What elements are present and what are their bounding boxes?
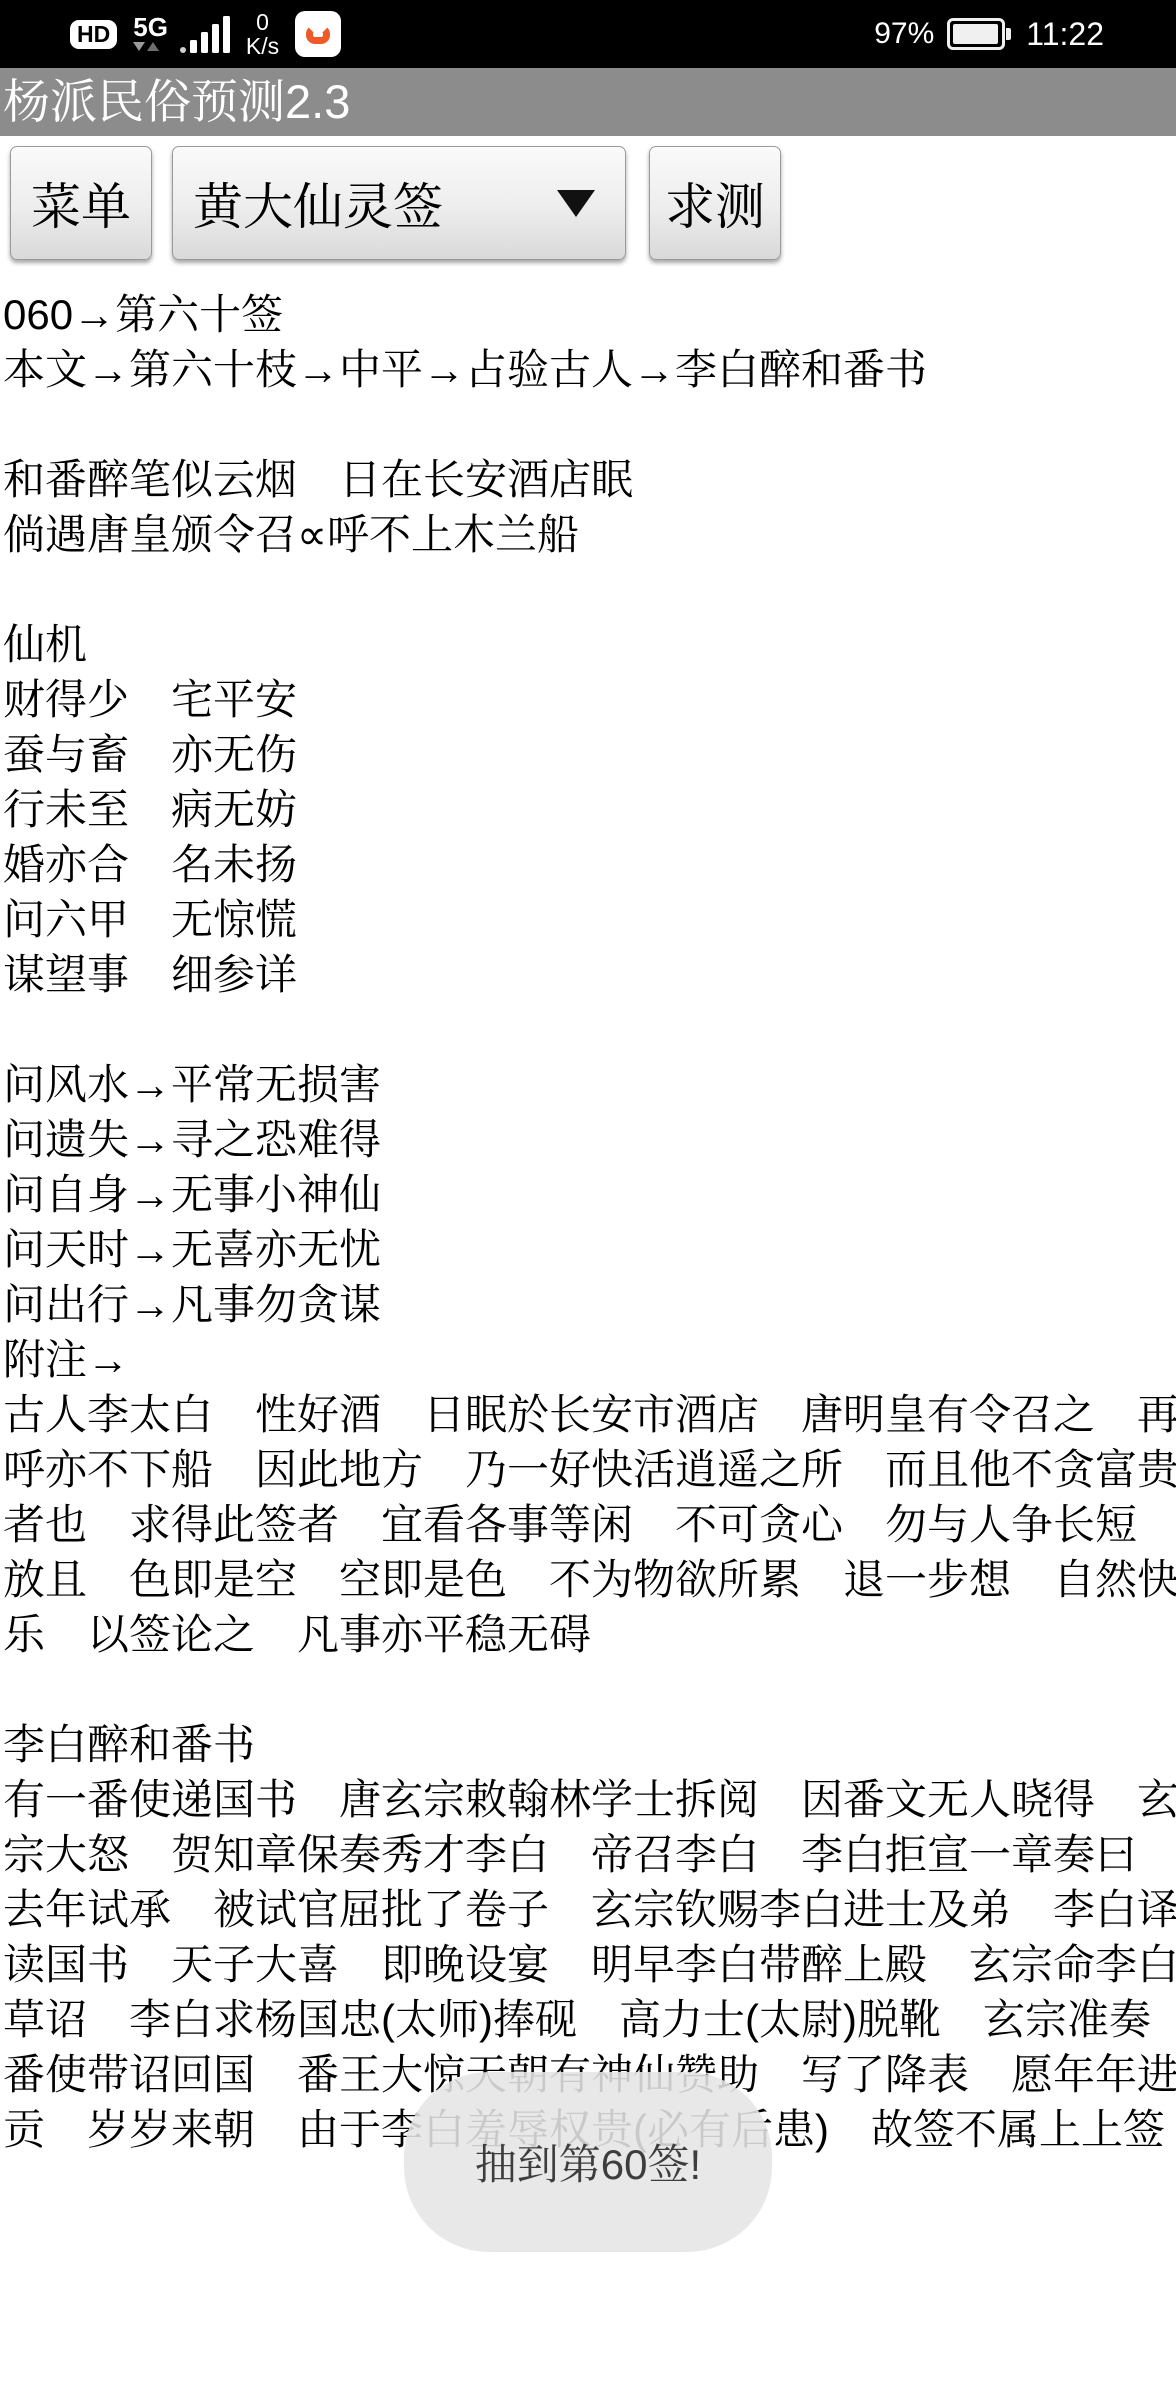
content-line	[3, 1662, 1176, 1717]
content-line: 附注→	[3, 1332, 1176, 1387]
status-time: 11:22	[1026, 16, 1104, 53]
category-spinner[interactable]: 黄大仙灵签	[172, 146, 626, 260]
battery-percent: 97%	[874, 17, 934, 51]
content-line: 有一番使递国书 唐玄宗敕翰林学士拆阅 因番文无人晓得 玄	[3, 1772, 1176, 1827]
content-line: 古人李太白 性好酒 日眠於长安市酒店 唐明皇有令召之 再	[3, 1387, 1176, 1442]
content-line: 行未至 病无妨	[3, 782, 1176, 837]
status-bar: HD 5G 0 K/s 97% 11:22	[0, 0, 1176, 68]
status-right-group: 97% 11:22	[874, 16, 1104, 53]
hd-voice-icon: HD	[70, 20, 117, 49]
content-line: 060→第六十签	[3, 287, 1176, 342]
orange-arc-icon	[306, 25, 330, 44]
content-line: 问风水→平常无损害	[3, 1057, 1176, 1112]
content-line: 呼亦不下船 因此地方 乃一好快活逍遥之所 而且他不贪富贵	[3, 1442, 1176, 1497]
content-line: 读国书 天子大喜 即晚设宴 明早李白带醉上殿 玄宗命李白	[3, 1937, 1176, 1992]
network-type-label: 5G	[133, 15, 168, 39]
network-indicator: 5G	[133, 15, 168, 53]
content-line: 谋望事 细参详	[3, 947, 1176, 1002]
content-line: 仙机	[3, 617, 1176, 672]
content-line: 问天时→无喜亦无忧	[3, 1222, 1176, 1277]
didi-app-icon	[295, 11, 341, 57]
content-line: 放且 色即是空 空即是色 不为物欲所累 退一步想 自然快	[3, 1552, 1176, 1607]
app-title: 杨派民俗预测2.3	[0, 68, 350, 136]
content-line: 问自身→无事小神仙	[3, 1167, 1176, 1222]
dropdown-arrow-icon	[557, 190, 595, 217]
content-line: 者也 求得此签者 宜看各事等闲 不可贪心 勿与人争长短	[3, 1497, 1176, 1552]
content-line	[3, 562, 1176, 617]
content-line: 李白醉和番书	[3, 1717, 1176, 1772]
content-line: 婚亦合 名未扬	[3, 837, 1176, 892]
submit-button[interactable]: 求测	[649, 146, 781, 260]
network-speed: 0 K/s	[246, 10, 279, 58]
spinner-selected-value: 黄大仙灵签	[193, 167, 443, 239]
content-line: 问出行→凡事勿贪谋	[3, 1277, 1176, 1332]
content-line: 蚕与畜 亦无伤	[3, 727, 1176, 782]
content-line: 乐 以签论之 凡事亦平稳无碍	[3, 1607, 1176, 1662]
content-line	[3, 1002, 1176, 1057]
toolbar: 菜单 黄大仙灵签 求测	[0, 136, 1176, 260]
content-line	[3, 397, 1176, 452]
toast-message: 抽到第60签!	[475, 2132, 701, 2192]
content-line: 倘遇唐皇颁令召∝呼不上木兰船	[3, 507, 1176, 562]
signal-bars-icon	[180, 16, 230, 53]
content-line: 问六甲 无惊慌	[3, 892, 1176, 947]
content-line: 问遗失→寻之恐难得	[3, 1112, 1176, 1167]
content-line: 财得少 宅平安	[3, 672, 1176, 727]
speed-value: 0	[256, 10, 269, 34]
content-line: 和番醉笔似云烟 日在长安酒店眠	[3, 452, 1176, 507]
title-bar: 杨派民俗预测2.3	[0, 68, 1176, 136]
content-line: 宗大怒 贺知章保奏秀才李白 帝召李白 李白拒宣一章奏曰	[3, 1827, 1176, 1882]
content-line: 去年试承 被试官屈批了卷子 玄宗钦赐李白进士及弟 李白译	[3, 1882, 1176, 1937]
content-text: 060→第六十签本文→第六十枝→中平→占验古人→李白醉和番书和番醉笔似云烟 日在…	[0, 287, 1176, 2157]
content-line: 本文→第六十枝→中平→占验古人→李白醉和番书	[3, 342, 1176, 397]
content-line: 草诏 李白求杨国忠(太师)捧砚 高力士(太尉)脱靴 玄宗准奏	[3, 1992, 1176, 2047]
updown-arrows-icon	[133, 39, 159, 53]
screen: { "colors": { "status_bar_bg": "#000000"…	[0, 0, 1176, 2400]
battery-icon	[947, 18, 1005, 50]
menu-button[interactable]: 菜单	[10, 146, 152, 260]
status-left-group: HD 5G 0 K/s	[70, 10, 341, 58]
toast: 抽到第60签!	[404, 2072, 772, 2252]
speed-unit: K/s	[246, 34, 279, 58]
